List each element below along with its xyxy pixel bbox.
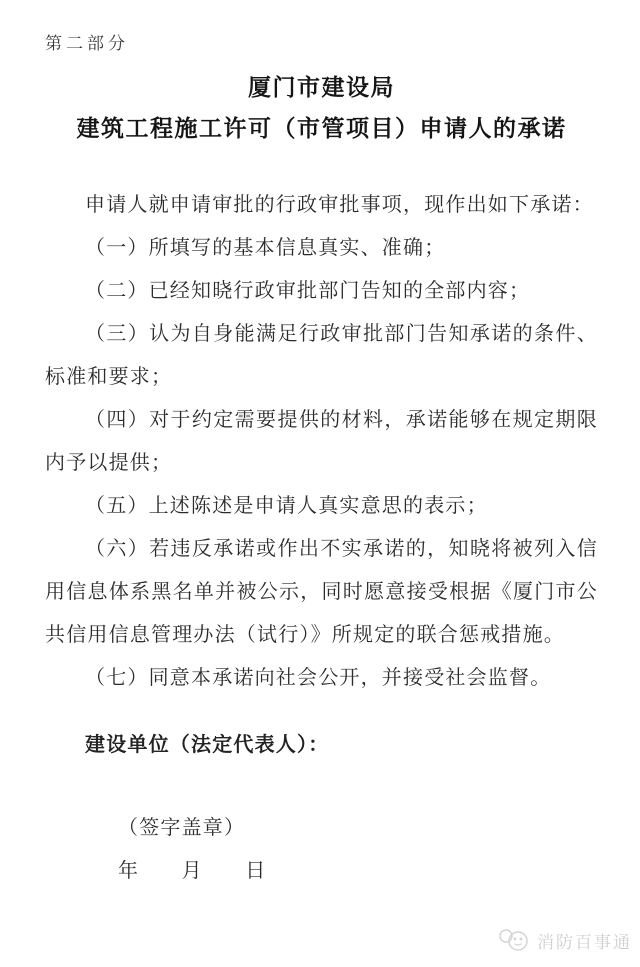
signature-seal-date: （签字盖章） 年 月 日 <box>45 807 598 893</box>
signature-block: 建设单位（法定代表人）： （签字盖章） 年 月 日 <box>45 724 598 893</box>
commitment-item-4: （四）对于约定需要提供的材料，承诺能够在规定期限内予以提供； <box>45 399 598 485</box>
brand-logo-icon <box>497 927 531 953</box>
title-line-1: 厦门市建设局 <box>45 67 598 108</box>
commitment-item-5: （五）上述陈述是申请人真实意思的表示； <box>45 485 598 528</box>
signature-unit-line: 建设单位（法定代表人）： <box>45 724 598 767</box>
part-label: 第二部分 <box>45 33 598 55</box>
commitment-item-2: （二）已经知晓行政审批部门告知的全部内容； <box>45 270 598 313</box>
commitment-item-1: （一）所填写的基本信息真实、准确； <box>45 227 598 270</box>
watermark-text: 消防百事通 <box>537 928 632 953</box>
document-page: 第二部分 厦门市建设局 建筑工程施工许可（市管项目）申请人的承诺 申请人就申请审… <box>0 0 640 967</box>
watermark: 消防百事通 <box>497 927 632 953</box>
document-body: 申请人就申请审批的行政审批事项，现作出如下承诺： （一）所填写的基本信息真实、准… <box>45 184 598 700</box>
date-line: 年 月 日 <box>118 850 598 893</box>
commitment-item-7: （七）同意本承诺向社会公开，并接受社会监督。 <box>45 657 598 700</box>
commitment-item-3: （三）认为自身能满足行政审批部门告知承诺的条件、标准和要求； <box>45 313 598 399</box>
seal-line: （签字盖章） <box>118 807 598 850</box>
document-title: 厦门市建设局 建筑工程施工许可（市管项目）申请人的承诺 <box>45 67 598 149</box>
intro-paragraph: 申请人就申请审批的行政审批事项，现作出如下承诺： <box>45 184 598 227</box>
title-line-2: 建筑工程施工许可（市管项目）申请人的承诺 <box>45 108 598 149</box>
commitment-item-6: （六）若违反承诺或作出不实承诺的，知晓将被列入信用信息体系黑名单并被公示，同时愿… <box>45 528 598 657</box>
